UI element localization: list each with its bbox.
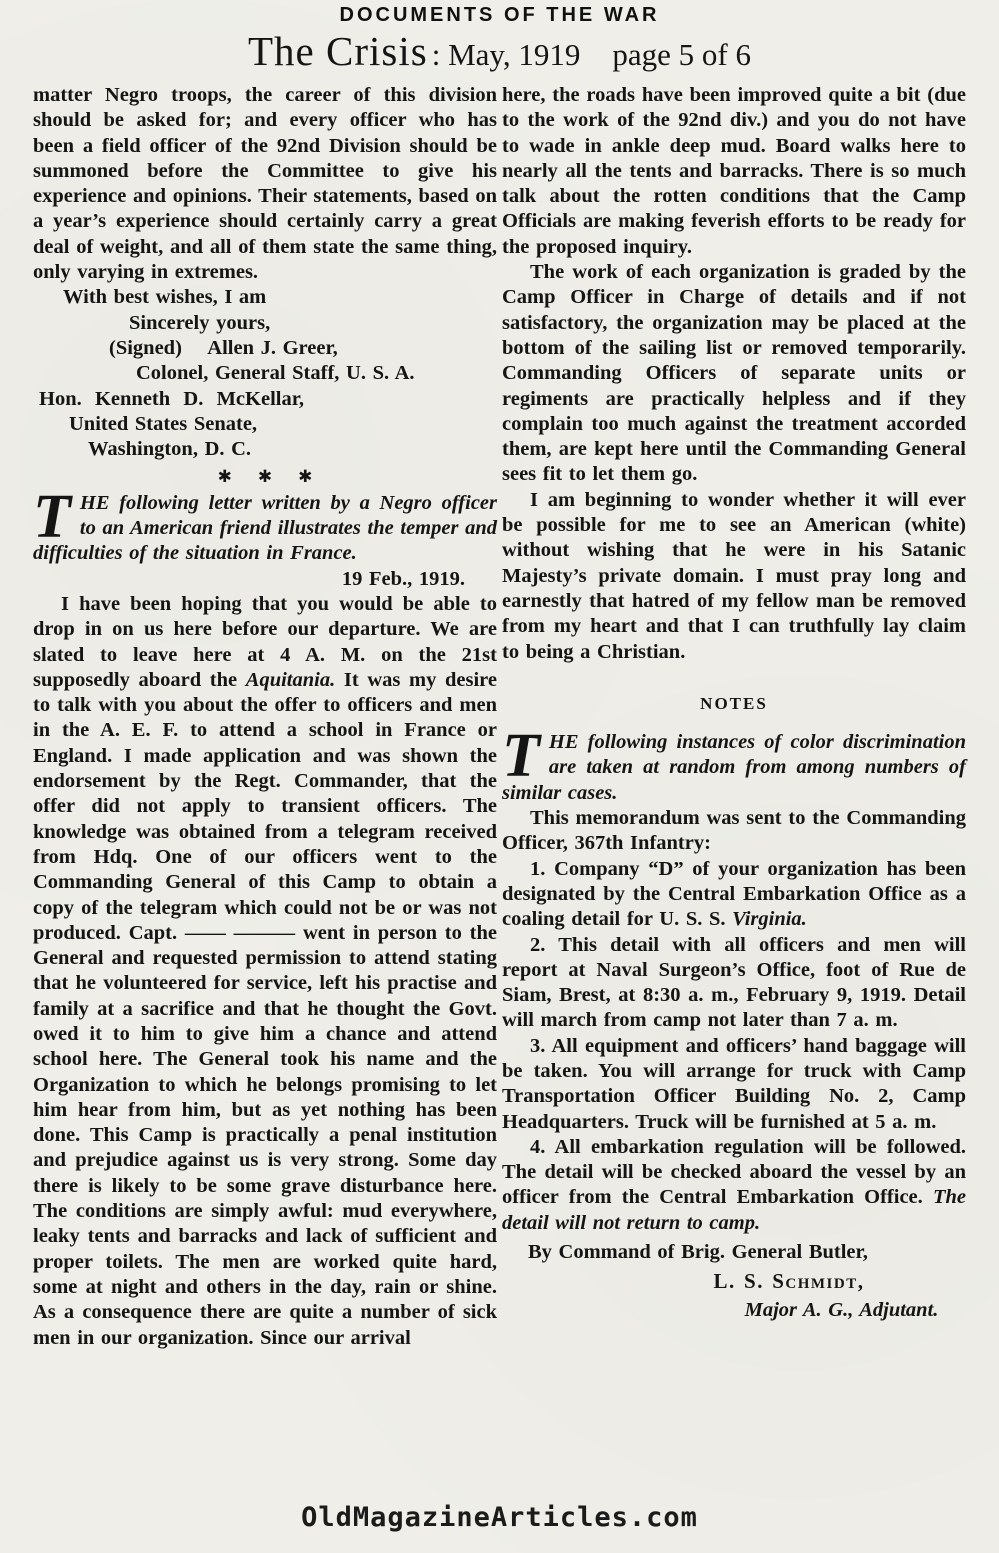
address-line: United States Senate, [33, 412, 497, 437]
letter-closing-line: (Signed) Allen J. Greer, [33, 336, 497, 361]
memo-intro: This memorandum was sent to the Commandi… [502, 806, 966, 857]
ship-name: Virginia. [732, 908, 807, 930]
watermark: OldMagazineArticles.com [301, 1502, 698, 1533]
article-columns: matter Negro troops, the career of this … [0, 83, 999, 1351]
editorial-intro-text: HE following letter written by a Negro o… [33, 492, 497, 565]
magazine-page: DOCUMENTS OF THE WAR The Crisis : May, 1… [0, 0, 999, 1553]
memo-item-1: 1. Company “D” of your organization has … [502, 857, 966, 933]
address-line: Washington, D. C. [33, 437, 497, 462]
letter-dateline: 19 Feb., 1919. [33, 567, 497, 592]
drop-cap: T [33, 495, 71, 541]
left-column: matter Negro troops, the career of this … [33, 83, 497, 1351]
signature-title: Major A. G., Adjutant. [502, 1298, 966, 1323]
letter-closing-line: Sincerely yours, [33, 311, 497, 336]
letter-text: It was my desire to talk with you about … [33, 669, 497, 1349]
signature-name: L. S. Schmidt, [502, 1269, 966, 1294]
notes-intro-text: HE following instances of color discrimi… [502, 731, 966, 804]
memo-item-2: 2. This detail with all officers and men… [502, 933, 966, 1034]
address-line: Hon. Kenneth D. McKellar, [33, 387, 497, 412]
letter-closing-line: With best wishes, I am [33, 285, 497, 310]
page-indicator: page 5 of 6 [612, 37, 751, 72]
notes-intro: THE following instances of color discrim… [502, 730, 966, 806]
letter-closing-line: Colonel, General Staff, U. S. A. [33, 361, 497, 386]
paragraph: The work of each organization is graded … [502, 260, 966, 488]
memo-item-4: 4. All embarkation regulation will be fo… [502, 1135, 966, 1236]
paragraph: I am beginning to wonder whether it will… [502, 488, 966, 665]
memo-item-text: 4. All embarkation regulation will be fo… [502, 1136, 966, 1209]
paragraph: matter Negro troops, the career of this … [33, 83, 497, 285]
editorial-intro: THE following letter written by a Negro … [33, 491, 497, 567]
letter-body: I have been hoping that you would be abl… [33, 592, 497, 1351]
publication-title: The Crisis [248, 28, 428, 74]
ship-name: Aquitania. [246, 669, 335, 691]
publication-date: : May, 1919 [432, 37, 581, 72]
section-kicker: DOCUMENTS OF THE WAR [0, 4, 999, 27]
drop-cap: T [502, 734, 540, 780]
section-separator: ✱✱✱ [33, 465, 497, 490]
paragraph: here, the roads have been improved quite… [502, 83, 966, 260]
notes-heading: NOTES [502, 691, 966, 716]
page-title: The Crisis : May, 1919 page 5 of 6 [0, 27, 999, 75]
command-line: By Command of Brig. General Butler, [502, 1240, 966, 1265]
memo-item-3: 3. All equipment and officers’ hand bagg… [502, 1034, 966, 1135]
right-column: here, the roads have been improved quite… [502, 83, 966, 1351]
masthead: DOCUMENTS OF THE WAR The Crisis : May, 1… [0, 0, 999, 75]
